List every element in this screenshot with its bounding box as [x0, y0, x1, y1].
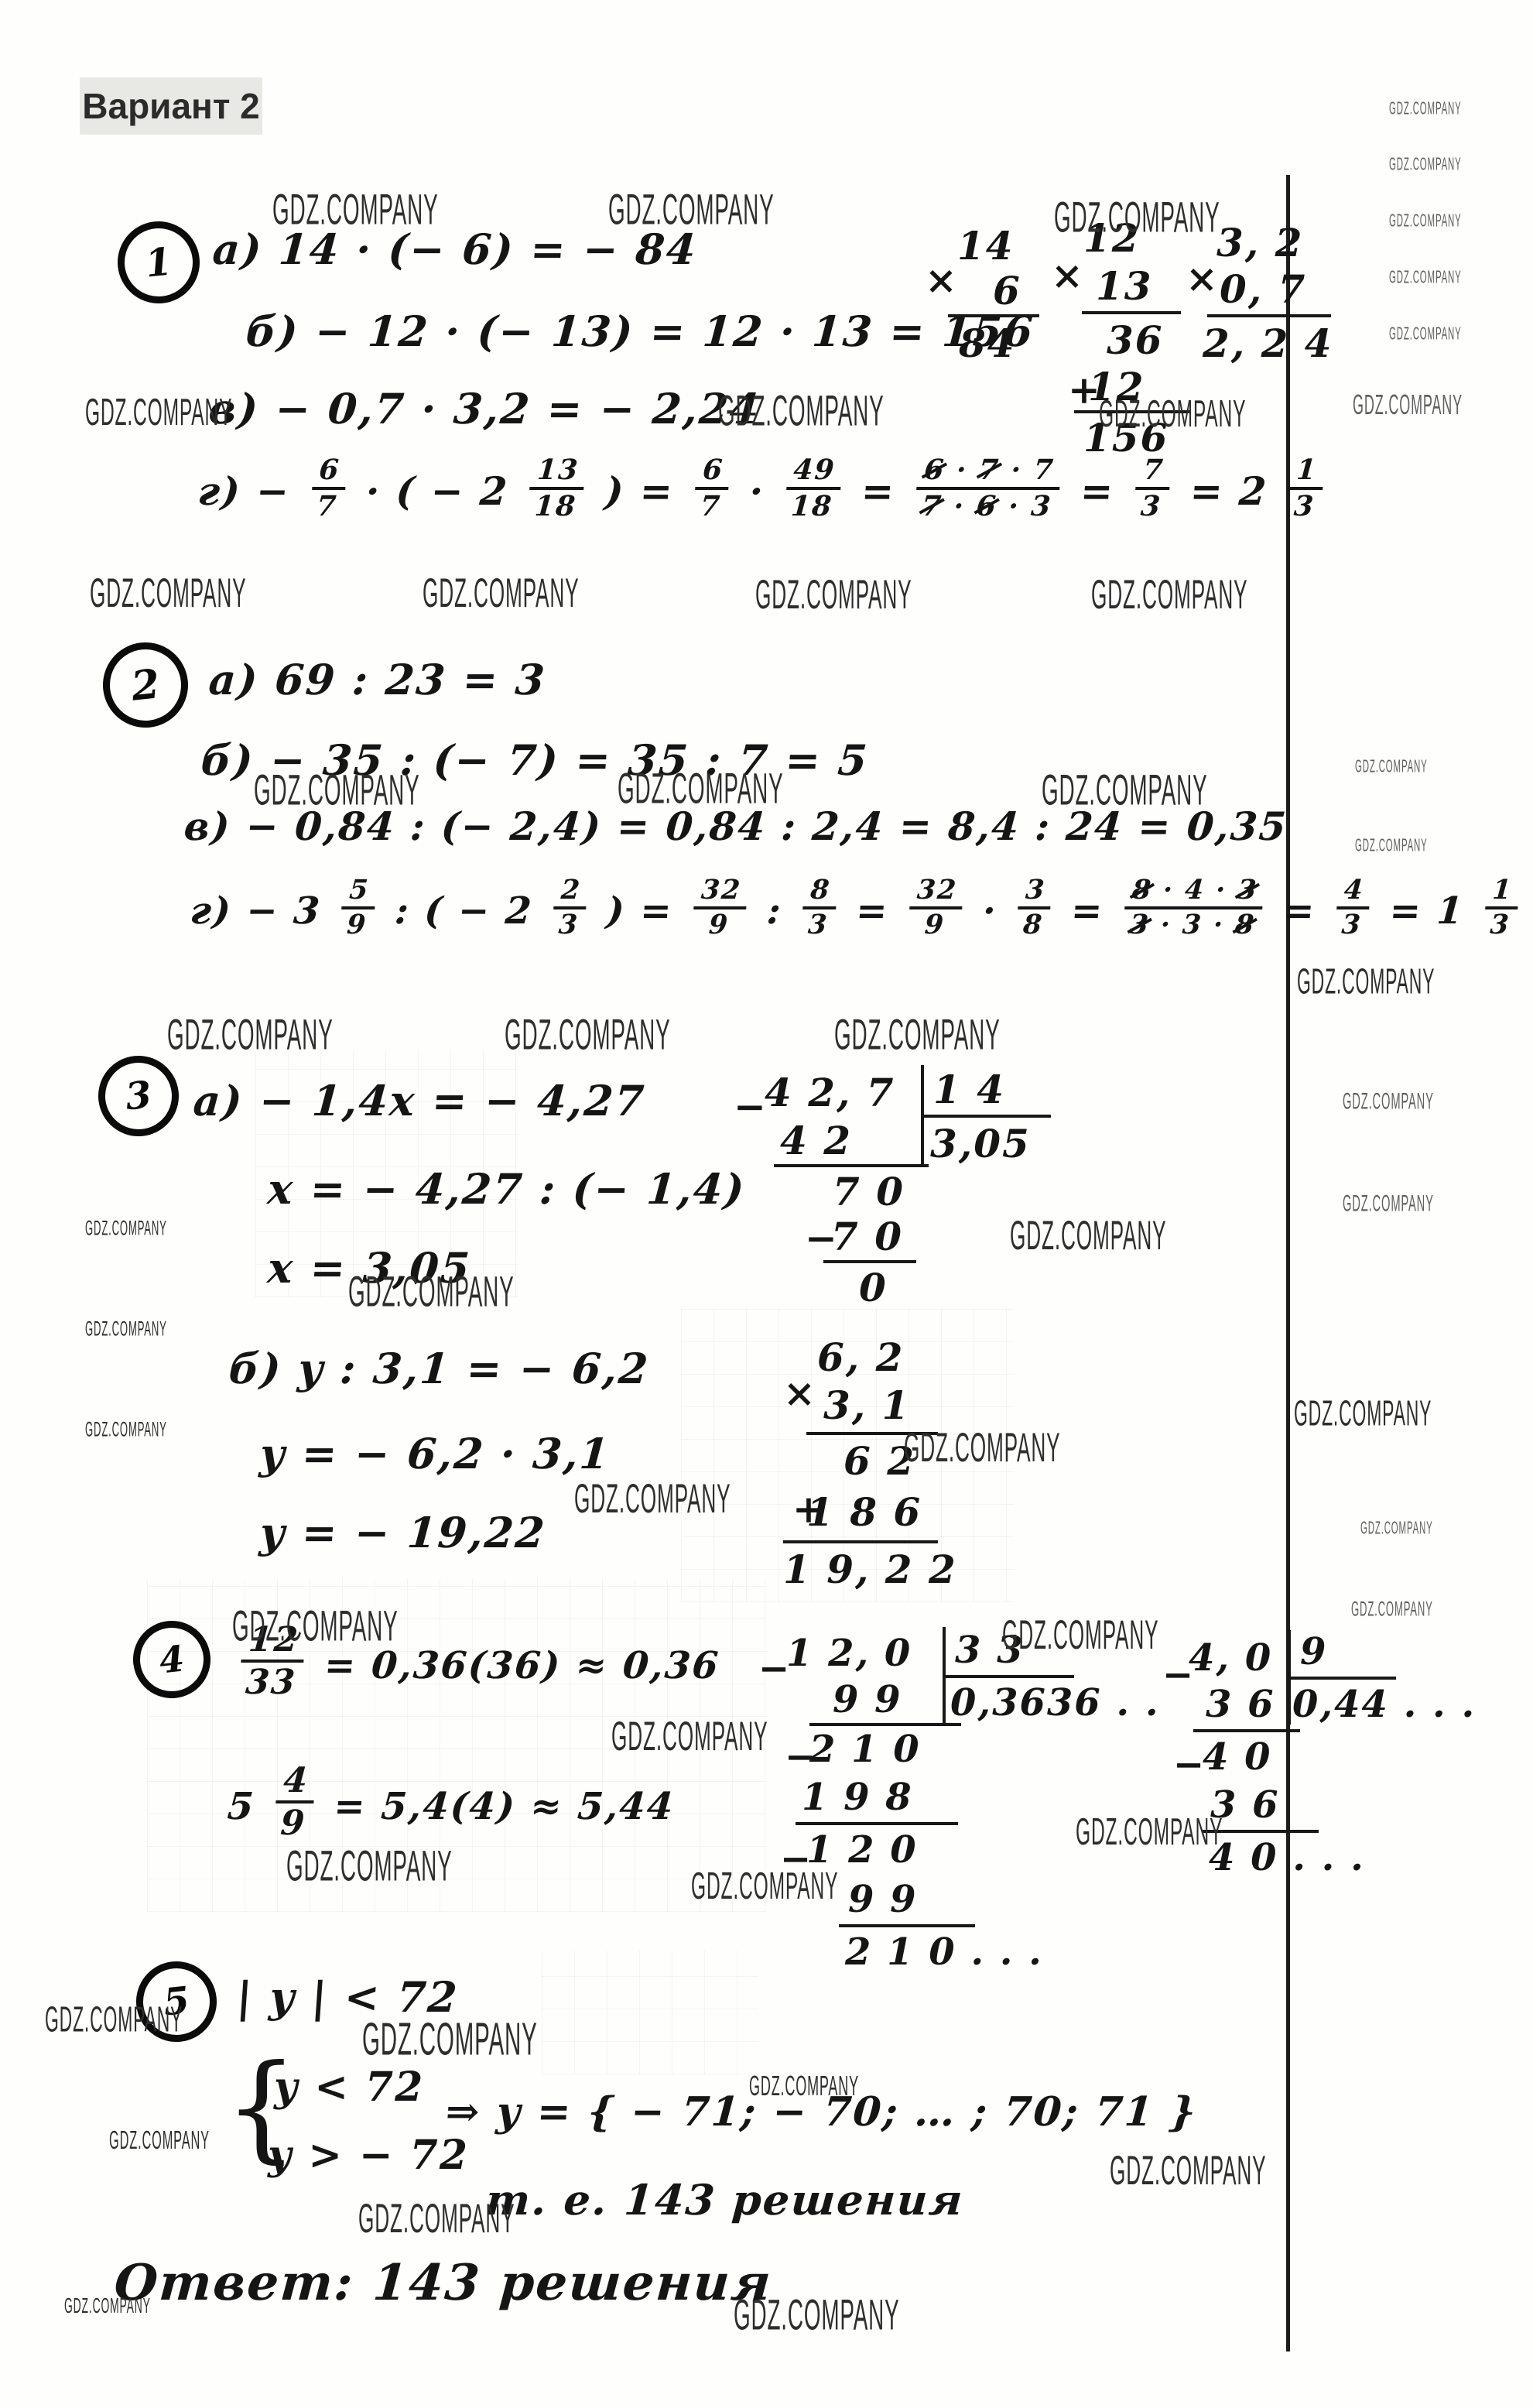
watermark: GDZ.COMPANY: [1389, 323, 1462, 343]
work-text: 2 1 0 . . .: [845, 1930, 1043, 1974]
watermark: GDZ.COMPANY: [1042, 766, 1208, 816]
numerator: 49: [786, 455, 843, 490]
math-text: а) − 1,4x = − 4,27: [192, 1076, 647, 1125]
work-text: 4 0 . . .: [1209, 1836, 1365, 1879]
fraction: 83: [801, 876, 838, 940]
p5-ie-line: т. е. 143 решения: [484, 2175, 966, 2225]
watermark: GDZ.COMPANY: [718, 387, 885, 437]
watermark: GDZ.COMPANY: [423, 570, 579, 617]
work-text: 1 9, 2 2: [783, 1547, 957, 1592]
work-text: 0,3636 . .: [950, 1681, 1160, 1725]
work-text: 13: [1096, 263, 1153, 309]
watermark: GDZ.COMPANY: [574, 1475, 731, 1523]
watermark: GDZ.COMPANY: [85, 1218, 167, 1242]
p1-line-v: в) − 0,7 · 3,2 = − 2,24: [207, 384, 762, 433]
math-text: ·: [967, 889, 1013, 933]
struck-factor: 8: [1131, 876, 1154, 905]
math-text: т. е. 143 решения: [484, 2175, 966, 2225]
numerator: 8: [803, 876, 838, 909]
struck-factor: 7: [978, 455, 1001, 485]
watermark: GDZ.COMPANY: [904, 1424, 1060, 1471]
watermark: GDZ.COMPANY: [167, 1011, 334, 1060]
denominator: 7: [700, 490, 723, 522]
watermark: GDZ.COMPANY: [45, 1999, 183, 2040]
fraction: 8 · 4 · 33 · 3 · 8: [1122, 876, 1264, 940]
math-text: =: [845, 468, 912, 514]
watermark: GDZ.COMPANY: [1389, 153, 1462, 173]
watermark: GDZ.COMPANY: [608, 186, 775, 235]
underline: [796, 1822, 958, 1825]
denominator: 3: [1489, 909, 1511, 940]
denominator: 3: [1140, 490, 1163, 522]
math-text: =: [1267, 889, 1332, 933]
watermark: GDZ.COMPANY: [1110, 2147, 1266, 2194]
math-text: а) 69 : 23 = 3: [207, 655, 548, 704]
watermark: GDZ.COMPANY: [1076, 1811, 1223, 1855]
math-text: =: [1064, 468, 1131, 514]
numerator: 4: [275, 1762, 316, 1804]
work-text: 36: [1107, 317, 1164, 363]
numerator: 1: [1485, 876, 1520, 909]
work-text: 6, 2: [817, 1334, 904, 1380]
work-text: 9: [1300, 1630, 1327, 1673]
watermark: GDZ.COMPANY: [254, 766, 420, 816]
work-text: ×: [1186, 255, 1220, 301]
denominator: 7: [316, 490, 339, 522]
math-text: ) =: [588, 468, 690, 514]
watermark: GDZ.COMPANY: [755, 571, 912, 618]
work-text: y > − 72: [268, 2132, 469, 2179]
denominator: 8: [1022, 909, 1045, 940]
work-text: 84: [959, 320, 1016, 366]
watermark: GDZ.COMPANY: [1360, 1517, 1433, 1537]
work-text: 9 9: [833, 1678, 902, 1721]
work-text: 9 9: [848, 1878, 918, 1921]
numerator: 4: [1336, 876, 1371, 909]
work-text: 3, 2: [1216, 220, 1303, 265]
p3-line-b: б) y : 3,1 = − 6,2: [228, 1344, 652, 1393]
underline: [948, 314, 1039, 317]
numerator: 6: [312, 455, 347, 490]
fraction: 67: [693, 455, 731, 522]
underline: [783, 1540, 938, 1543]
denominator: 3: [1293, 490, 1316, 522]
watermark: GDZ.COMPANY: [109, 2127, 210, 2156]
fraction: 73: [1134, 455, 1172, 522]
math-text: 5: [226, 1785, 271, 1828]
work-text: 7 0: [833, 1169, 905, 1214]
denominator: 18: [790, 490, 834, 522]
math-text: г) − 3: [189, 889, 337, 933]
math-text: =: [1055, 889, 1120, 933]
underline: [809, 1723, 961, 1726]
math-text: ) =: [590, 889, 689, 933]
watermark: GDZ.COMPANY: [1002, 1612, 1158, 1659]
watermark: GDZ.COMPANY: [1389, 210, 1462, 230]
watermark: GDZ.COMPANY: [1294, 1393, 1432, 1434]
fraction: 59: [340, 876, 377, 940]
fraction: 43: [1334, 876, 1371, 940]
work-text: 1 9 8: [802, 1776, 913, 1819]
p5-answer: Ответ: 143 решения: [112, 2254, 774, 2312]
watermark: GDZ.COMPANY: [1343, 1190, 1434, 1218]
work-text: ×: [925, 257, 959, 303]
watermark: GDZ.COMPANY: [1389, 98, 1462, 118]
work-text: −: [1173, 1743, 1206, 1786]
numerator: 6 · 7 · 7: [917, 455, 1062, 490]
math-text: = 2: [1173, 468, 1284, 514]
work-text: 2, 2 4: [1203, 320, 1333, 366]
math-text: · ( − 2: [349, 468, 525, 514]
p3-line-a: а) − 1,4x = − 4,27: [192, 1076, 647, 1125]
math-text: = 1: [1374, 889, 1480, 933]
numerator: 32: [693, 876, 748, 909]
fraction: 1318: [528, 455, 587, 522]
work-text: ×: [783, 1370, 817, 1416]
struck-factor: 6: [923, 455, 946, 485]
problem-number-4: 4: [129, 1617, 214, 1702]
underline: [1288, 1677, 1396, 1680]
struck-factor: 7: [921, 492, 944, 522]
work-text: 4 2, 7: [765, 1070, 895, 1115]
watermark: GDZ.COMPANY: [232, 1602, 399, 1652]
math-text: :: [751, 889, 798, 933]
underline: [943, 1675, 1074, 1678]
underline: [921, 1115, 1051, 1118]
math-text: Ответ: 143 решения: [112, 2254, 774, 2312]
denominator: 9: [346, 909, 368, 940]
watermark: GDZ.COMPANY: [1355, 755, 1428, 776]
fraction: 4918: [784, 455, 843, 522]
work-text: 3,05: [930, 1121, 1031, 1166]
page-title-text: Вариант 2: [82, 85, 259, 127]
denominator: 3: [807, 909, 830, 940]
numerator: 8 · 4 · 3: [1124, 876, 1264, 909]
p1-line-g: г) − 67 · ( − 2 1318 ) = 67 · 4918 = 6 ·…: [196, 458, 1331, 525]
math-text: б) y : 3,1 = − 6,2: [228, 1344, 652, 1393]
work-text: 4 2: [780, 1118, 852, 1163]
fraction: 38: [1016, 876, 1053, 940]
p2-line-a: а) 69 : 23 = 3: [207, 655, 548, 704]
denominator: 3: [1340, 909, 1363, 940]
watermark: GDZ.COMPANY: [286, 1842, 453, 1892]
watermark: GDZ.COMPANY: [1355, 834, 1428, 855]
scanned-homework-page: Вариант 2 12345а) 14 · (− 6) = − 84б) − …: [0, 0, 1533, 2408]
work-text: 7 0: [831, 1214, 903, 1259]
fraction: 329: [908, 876, 965, 940]
watermark: GDZ.COMPANY: [611, 1713, 768, 1760]
struck-factor: 3: [1237, 876, 1259, 905]
math-text: б) − 12 · (− 13) = 12 · 13 = 156: [245, 307, 1036, 356]
numerator: 32: [909, 876, 964, 909]
work-text: 4, 0: [1189, 1636, 1272, 1680]
work-text: 14: [957, 223, 1015, 269]
math-text: : ( − 2: [379, 889, 549, 933]
work-text: 0: [859, 1265, 888, 1310]
problem-number-1: 1: [114, 218, 204, 307]
p2-line-g: г) − 3 59 : ( − 2 23 ) = 329 : 83 = 329 …: [188, 879, 1526, 944]
watermark: GDZ.COMPANY: [618, 765, 784, 814]
p3-line-a2: x = − 4,27 : (− 1,4): [266, 1164, 748, 1214]
denominator: 7 · 6 · 3: [921, 490, 1053, 522]
numerator: 13: [530, 455, 587, 490]
problem-number-2: 2: [99, 639, 193, 732]
p1-line-b: б) − 12 · (− 13) = 12 · 13 = 156: [245, 307, 1036, 356]
watermark: GDZ.COMPANY: [1297, 961, 1435, 1002]
fraction: 329: [692, 876, 749, 940]
watermark: GDZ.COMPANY: [1343, 1088, 1434, 1115]
watermark: GDZ.COMPANY: [85, 1420, 167, 1443]
underline: [1193, 1729, 1300, 1732]
watermark: GDZ.COMPANY: [348, 1268, 515, 1317]
watermark: GDZ.COMPANY: [272, 186, 439, 235]
struck-factor: 6: [975, 492, 998, 522]
watermark: GDZ.COMPANY: [358, 2195, 515, 2242]
math-text: y = − 6,2 · 3,1: [258, 1429, 612, 1478]
watermark: GDZ.COMPANY: [1054, 194, 1220, 243]
numerator: 5: [342, 876, 377, 909]
work-text: 1 8 6: [806, 1489, 922, 1535]
denominator: 33: [245, 1663, 298, 1701]
p4-line-b: 5 49 = 5,4(4) ≈ 5,44: [224, 1766, 677, 1846]
work-text: 6: [993, 268, 1021, 313]
numerator: 1: [1289, 455, 1325, 490]
watermark: GDZ.COMPANY: [90, 570, 246, 617]
math-text: г) −: [197, 468, 307, 514]
watermark: GDZ.COMPANY: [749, 2070, 859, 2103]
work-text: 1 4: [933, 1067, 1005, 1112]
work-text: y < 72: [274, 2064, 424, 2111]
numerator: 2: [553, 876, 588, 909]
work-text: 3 6: [1206, 1683, 1275, 1726]
watermark: GDZ.COMPANY: [834, 1011, 1001, 1060]
denominator: 3 · 3 · 8: [1128, 909, 1256, 940]
problem-number-3: 3: [94, 1052, 183, 1140]
fraction: 6 · 7 · 77 · 6 · 3: [915, 455, 1062, 522]
watermark: GDZ.COMPANY: [1389, 266, 1462, 286]
watermark: GDZ.COMPANY: [64, 2293, 151, 2319]
page-title: Вариант 2: [80, 77, 262, 135]
numerator: 6: [695, 455, 731, 490]
math-text: в) − 0,7 · 3,2 = − 2,24: [207, 384, 762, 433]
watermark: GDZ.COMPANY: [1353, 389, 1463, 422]
graph-paper-patch: [542, 1951, 758, 2074]
underline: [823, 1260, 916, 1263]
fraction: 13: [1483, 876, 1520, 940]
watermark: GDZ.COMPANY: [505, 1011, 671, 1060]
watermark: GDZ.COMPANY: [691, 1865, 838, 1909]
work-text: ×: [1051, 252, 1085, 298]
watermark: GDZ.COMPANY: [85, 392, 232, 435]
math-text: =: [840, 889, 905, 933]
p3-line-b2: y = − 6,2 · 3,1: [258, 1429, 612, 1478]
watermark: GDZ.COMPANY: [1099, 393, 1246, 437]
denominator: 18: [534, 490, 578, 522]
watermark: GDZ.COMPANY: [1091, 571, 1247, 618]
watermark: GDZ.COMPANY: [734, 2291, 900, 2341]
math-text: y = − 19,22: [258, 1508, 548, 1557]
p3-line-b3: y = − 19,22: [258, 1508, 548, 1557]
work-text: −: [734, 1084, 768, 1129]
math-text: = 5,4(4) ≈ 5,44: [318, 1785, 676, 1828]
math-text: ·: [733, 468, 781, 514]
work-text: 2 1 0: [809, 1728, 921, 1771]
watermark: GDZ.COMPANY: [1010, 1212, 1166, 1259]
work-text: 0, 7: [1220, 266, 1306, 312]
struck-factor: 3: [1128, 911, 1151, 940]
work-text: 4 0: [1203, 1735, 1272, 1779]
watermark: GDZ.COMPANY: [85, 1319, 167, 1342]
underline: [839, 1924, 975, 1927]
numerator: 3: [1018, 876, 1053, 909]
watermark: GDZ.COMPANY: [362, 2012, 538, 2066]
watermark: GDZ.COMPANY: [1351, 1599, 1433, 1622]
underline: [1207, 314, 1331, 317]
math-text: x = − 4,27 : (− 1,4): [266, 1164, 748, 1214]
fraction: 49: [273, 1762, 317, 1842]
work-text: 3, 1: [823, 1382, 910, 1428]
underline: [774, 1164, 929, 1167]
fraction: 67: [310, 455, 347, 522]
work-text: 1 2, 0: [786, 1632, 912, 1675]
denominator: 9: [708, 909, 731, 940]
fraction: 13: [1287, 455, 1325, 522]
work-text: 0,44 . . .: [1292, 1683, 1476, 1726]
denominator: 3: [558, 909, 580, 940]
underline: [1082, 311, 1181, 314]
struck-factor: 8: [1234, 911, 1257, 940]
denominator: 9: [924, 909, 946, 940]
fraction: 23: [552, 876, 589, 940]
denominator: 9: [279, 1803, 307, 1842]
